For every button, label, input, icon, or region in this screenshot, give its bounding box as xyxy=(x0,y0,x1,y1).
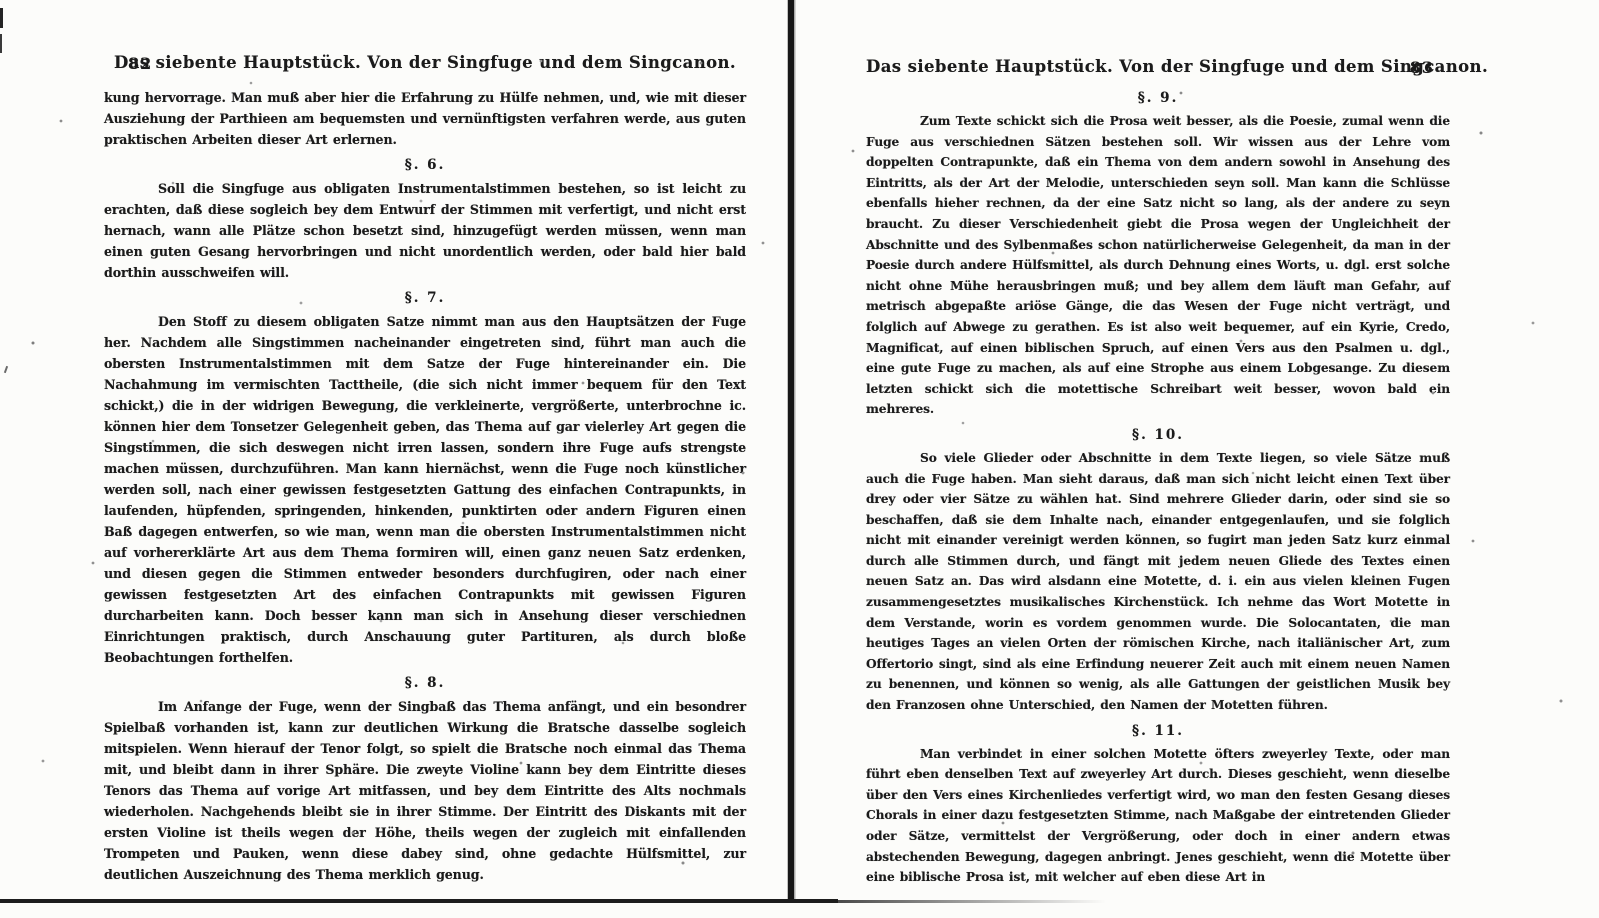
page-number-right: 83 xyxy=(1410,58,1434,77)
section-6: §. 6. Soll die Singfuge aus obligaten In… xyxy=(104,157,746,283)
paragraph-11: Man verbindet in einer solchen Motette ö… xyxy=(866,744,1450,888)
scan-edge-artifact xyxy=(0,8,3,28)
section-7: §. 7. Den Stoff zu diesem obligaten Satz… xyxy=(104,290,746,668)
paragraph-7: Den Stoff zu diesem obligaten Satze nimm… xyxy=(104,311,746,668)
paragraph-8: Im Anfange der Fuge, wenn der Singbaß da… xyxy=(104,696,746,885)
section-heading-10: §. 10. xyxy=(866,427,1450,443)
scan-edge-artifact xyxy=(4,366,8,373)
section-heading-11: §. 11. xyxy=(866,723,1450,739)
paragraph-continuation: kung hervorrage. Man muß aber hier die E… xyxy=(104,87,746,150)
section-heading-7: §. 7. xyxy=(104,290,746,306)
right-page: Das siebente Hauptstück. Von der Singfug… xyxy=(866,0,1450,918)
section-11: §. 11. Man verbindet in einer solchen Mo… xyxy=(866,723,1450,888)
running-header-left: 82 Das siebente Hauptstück. Von der Sing… xyxy=(104,53,746,72)
section-8: §. 8. Im Anfange der Fuge, wenn der Sing… xyxy=(104,675,746,885)
paragraph-10: So viele Glieder oder Abschnitte in dem … xyxy=(866,448,1450,716)
scan-edge-artifact xyxy=(0,34,2,53)
page-number-left: 82 xyxy=(128,54,152,73)
paragraph-9: Zum Texte schickt sich die Prosa weit be… xyxy=(866,111,1450,420)
section-heading-6: §. 6. xyxy=(104,157,746,173)
paragraph-6: Soll die Singfuge aus obligaten Instrume… xyxy=(104,178,746,283)
section-heading-8: §. 8. xyxy=(104,675,746,691)
section-10: §. 10. So viele Glieder oder Abschnitte … xyxy=(866,427,1450,716)
running-header-text-left: Das siebente Hauptstück. Von der Singfug… xyxy=(114,53,736,72)
left-page: 82 Das siebente Hauptstück. Von der Sing… xyxy=(104,0,746,918)
section-9: §. 9. Zum Texte schickt sich die Prosa w… xyxy=(866,90,1450,420)
page-gutter-line xyxy=(788,0,794,903)
book-scan-spread: 82 Das siebente Hauptstück. Von der Sing… xyxy=(0,0,1599,918)
running-header-text-right: Das siebente Hauptstück. Von der Singfug… xyxy=(866,57,1488,76)
running-header-right: Das siebente Hauptstück. Von der Singfug… xyxy=(866,57,1450,76)
bottom-scan-rule-fade xyxy=(838,900,1106,903)
section-continuation: kung hervorrage. Man muß aber hier die E… xyxy=(104,87,746,150)
bottom-scan-rule xyxy=(0,899,838,903)
section-heading-9: §. 9. xyxy=(866,90,1450,106)
